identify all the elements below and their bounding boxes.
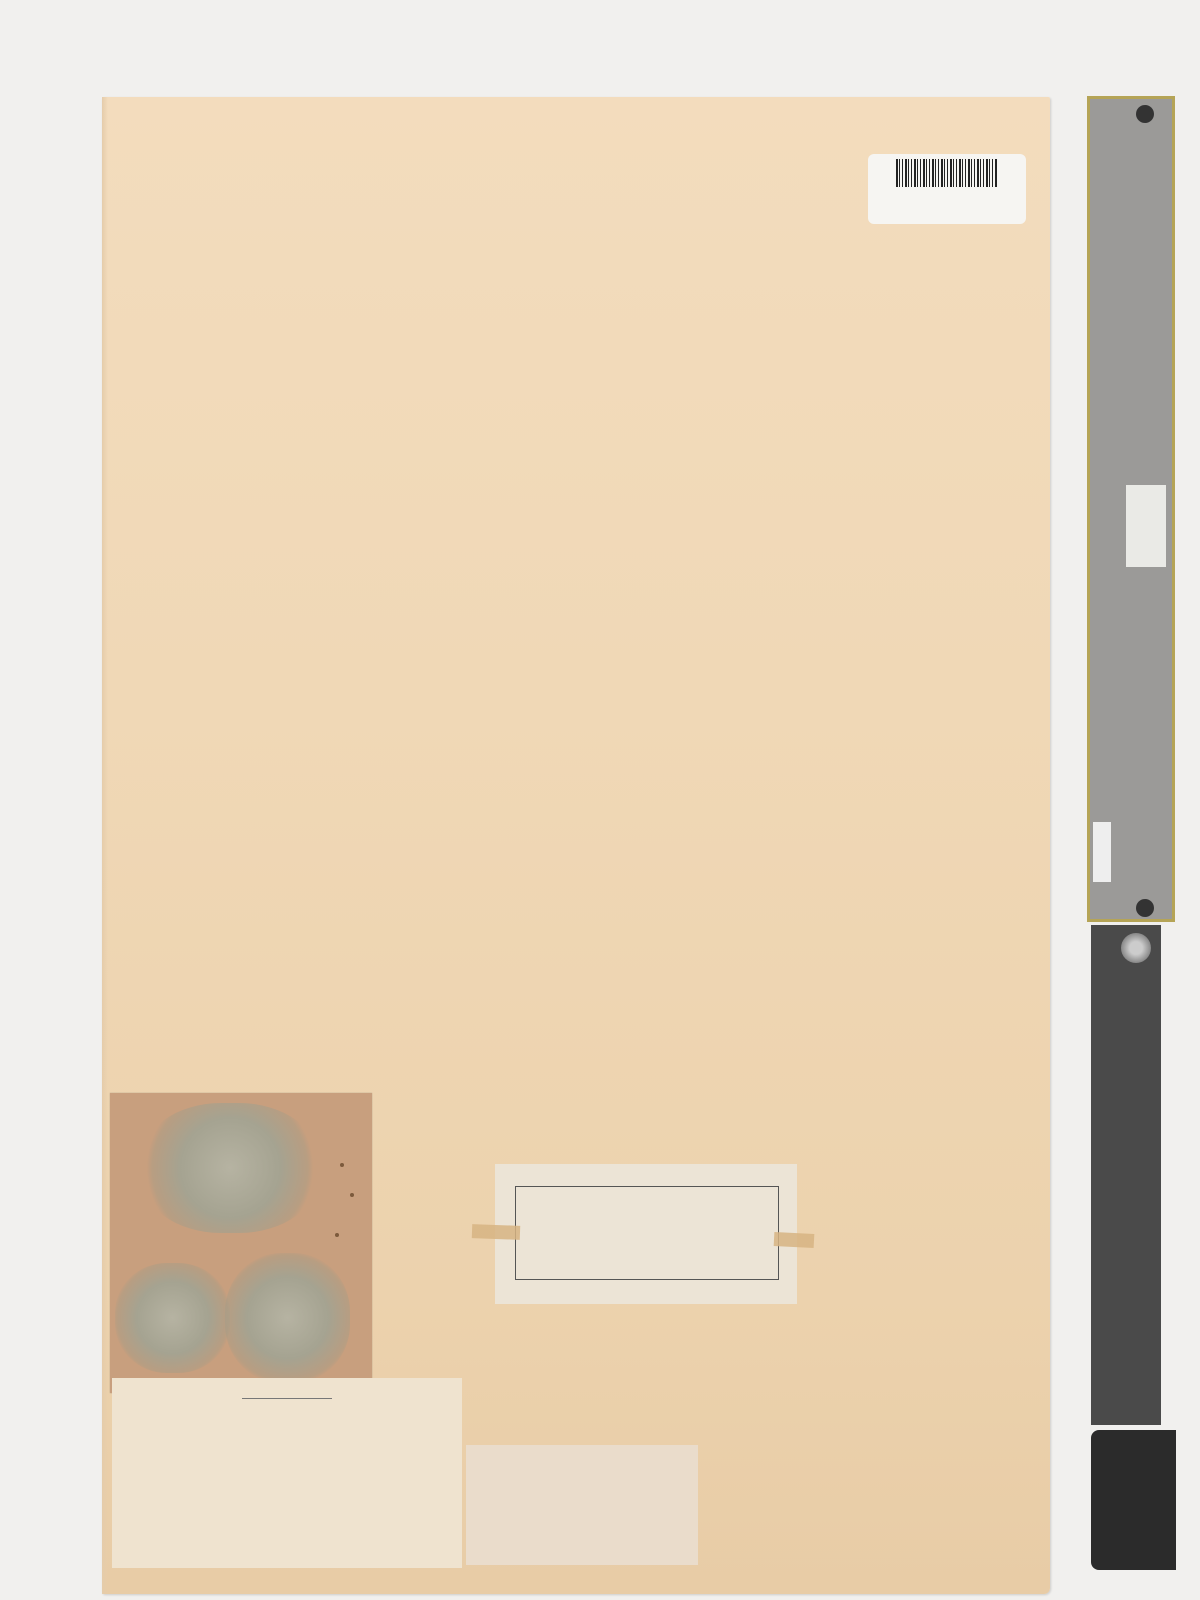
plant-specimen-lower-right <box>225 1253 350 1383</box>
stain-mark <box>350 1193 354 1197</box>
punch-hole-icon <box>1136 899 1154 917</box>
determination-frame <box>515 1186 779 1280</box>
barcode-label <box>868 154 1026 224</box>
herbarium-label <box>112 1378 462 1568</box>
plant-specimen-lower-left <box>115 1263 230 1373</box>
stain-mark <box>340 1163 344 1167</box>
color-calibration-chart <box>1087 96 1175 922</box>
barcode-icon <box>896 159 998 187</box>
determination-label <box>495 1164 797 1304</box>
stain-mark <box>335 1233 339 1237</box>
sheet-edge <box>102 97 108 1594</box>
color-grid-chart <box>1091 1430 1176 1570</box>
tape-strip-right <box>774 1232 815 1248</box>
kew-crest-icon <box>1121 933 1151 963</box>
plant-specimen-upper <box>140 1103 320 1233</box>
kew-scale-bar <box>1091 925 1161 1425</box>
chart-target <box>1126 485 1166 567</box>
specimen-card <box>110 1093 372 1393</box>
divider <box>242 1398 332 1399</box>
field-label <box>466 1445 698 1565</box>
tape-strip-left <box>472 1224 520 1240</box>
punch-hole-icon <box>1136 105 1154 123</box>
chart-id <box>1093 822 1111 882</box>
